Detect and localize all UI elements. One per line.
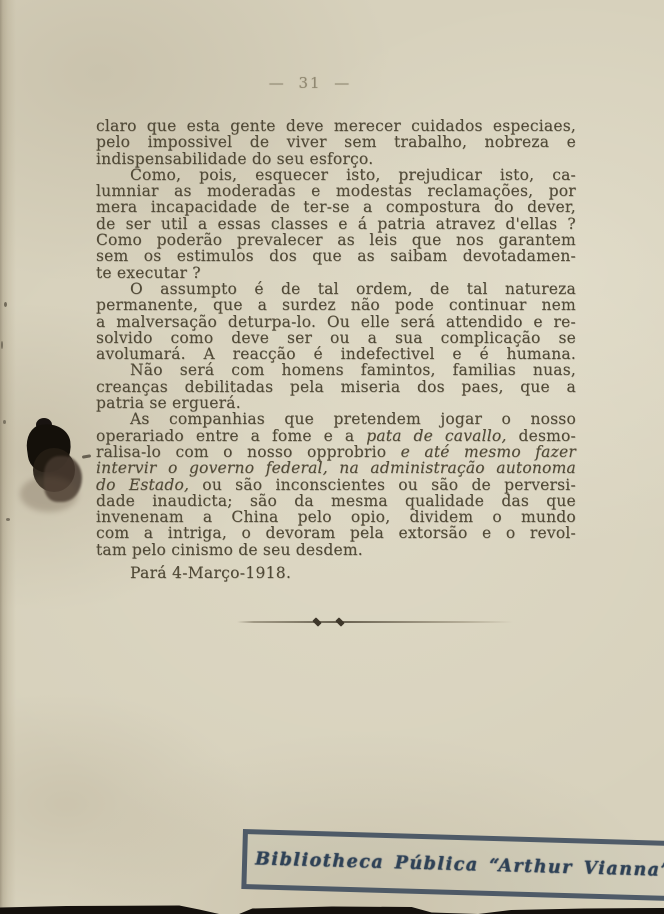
word: com (96, 525, 129, 541)
word: indefectivel (341, 346, 435, 362)
word: federal, (266, 460, 328, 476)
word: ser (287, 330, 312, 346)
word: pela (290, 379, 324, 395)
word: garantem (498, 232, 576, 248)
word: e (533, 314, 542, 330)
word: será (401, 314, 436, 330)
word: são (250, 493, 277, 509)
word: reclamações, (427, 183, 533, 199)
word: a (363, 199, 372, 215)
word: attendido (446, 314, 523, 330)
text-line: deserutilaessasclasseseápatriaatravezd'e… (96, 216, 576, 232)
word: util (161, 216, 188, 232)
word: fazer (535, 444, 576, 460)
word: de (96, 216, 116, 232)
word: complicação (441, 330, 541, 346)
word: nosso (530, 411, 576, 427)
word: Ou (327, 314, 350, 330)
word: dever, (527, 199, 576, 215)
word: tal (318, 281, 339, 297)
word: que (412, 232, 442, 248)
word: a (368, 330, 377, 346)
ink-blot-part (33, 448, 75, 492)
text-line: ralisa-locomonossoopprobrioeatémesmofaze… (96, 444, 576, 460)
word: a (251, 428, 260, 444)
word: familias (453, 362, 516, 378)
word: não (351, 297, 380, 313)
word: reacção (233, 346, 296, 362)
ink-blot-part (36, 418, 52, 432)
word: nuas, (533, 362, 576, 378)
word: que (520, 379, 550, 395)
text-line: tam pelo cinismo de seu desdem. (96, 542, 576, 558)
word: autonoma (496, 460, 576, 476)
word: d'ellas (505, 216, 557, 232)
word: ser (126, 216, 151, 232)
word: homens (282, 362, 344, 378)
word: dos (417, 379, 445, 395)
word: que (213, 297, 243, 313)
text-run: tam pelo cinismo de seu desdem. (96, 541, 363, 559)
word: operariado (96, 428, 184, 444)
word: pata (366, 428, 401, 444)
text-line: amalversaçãodeturpa-lo.Ouelleseráattendi… (96, 314, 576, 330)
word: moderadas (207, 183, 296, 199)
word: de (414, 428, 434, 444)
text-line: indispensabilidade do seu esforço. (96, 151, 576, 167)
word: dade (96, 493, 135, 509)
word: o (492, 509, 502, 525)
word: claro (96, 118, 137, 134)
word: a (203, 509, 212, 525)
ink-blot-part (44, 456, 82, 502)
word: mera (96, 199, 137, 215)
word: como (171, 330, 214, 346)
word: ou (330, 330, 350, 346)
word: são (235, 477, 262, 493)
word: as (357, 248, 375, 264)
page-number-header: — 31 — (40, 74, 580, 92)
word: opio, (351, 509, 390, 525)
text-line: solvidocomodeveserouasuacomplicaçãose (96, 330, 576, 346)
word: são (431, 477, 458, 493)
word: desmo- (518, 428, 576, 444)
word: de (281, 281, 301, 297)
word: isto, (500, 167, 534, 183)
word: saibam (390, 248, 447, 264)
word: solvido (96, 330, 153, 346)
word: o (168, 460, 178, 476)
word: o (223, 444, 233, 460)
ornamental-divider (237, 621, 513, 623)
word: revol- (530, 525, 576, 541)
word: invenenam (96, 509, 184, 525)
word: cavallo, (445, 428, 507, 444)
word: de (471, 477, 491, 493)
word: a (345, 428, 354, 444)
word: pois, (199, 167, 237, 183)
word: das (501, 493, 529, 509)
word: continuar (449, 297, 527, 313)
word: ca- (552, 167, 576, 183)
word: tal (467, 281, 488, 297)
text-line: patria se erguerá. (96, 395, 576, 411)
word: de (430, 281, 450, 297)
word: atravez (436, 216, 496, 232)
word: pode (395, 297, 434, 313)
scanned-book-page: — 31 — claroqueestagentedevemerecercuida… (0, 0, 664, 914)
page-left-edge-shading (0, 0, 16, 914)
word: compostura (386, 199, 481, 215)
word: dividem (409, 509, 473, 525)
word: creanças (96, 379, 168, 395)
text-run: patria se erguerá. (96, 394, 241, 412)
text-line: Como,pois,esqueceristo,prejudicaristo,ca… (96, 167, 576, 183)
text-line: dadeinaudicta;sãodamesmaqualidadedasque (96, 493, 576, 509)
word: assumpto (160, 281, 237, 297)
word: patria (377, 216, 425, 232)
word: dos (269, 248, 297, 264)
text-run: indispensabilidade do seu esforço. (96, 150, 373, 168)
ink-blot-part (24, 421, 74, 475)
word: as (174, 183, 192, 199)
word: as (337, 232, 355, 248)
word: que (147, 118, 177, 134)
text-line: operariadoentreafomeeapatadecavallo,desm… (96, 428, 576, 444)
word: devotadamen- (463, 248, 576, 264)
text-line: permanente,queasurdeznãopodecontinuarnem (96, 297, 576, 313)
word: de (250, 134, 270, 150)
word: natureza (505, 281, 576, 297)
word: os (144, 248, 162, 264)
word: inaudicta; (152, 493, 232, 509)
word: e (324, 428, 333, 444)
word: prevalecer (237, 232, 323, 248)
word: é (254, 281, 263, 297)
word: isto, (346, 167, 380, 183)
word: extorsão (398, 525, 467, 541)
ink-blot-smudge (20, 476, 78, 512)
text-line: Comopoderãoprevalecerasleisquenosgarante… (96, 232, 576, 248)
word: debilitadas (185, 379, 274, 395)
word: do (96, 477, 116, 493)
text-line: avolumará.Areacçãoéindefectiveleéhumana. (96, 346, 576, 362)
word: leis (369, 232, 397, 248)
word: miseria (341, 379, 401, 395)
text-line: claroqueestagentedevemerecercuidadosespe… (96, 118, 576, 134)
word: mesma (331, 493, 388, 509)
word: Como, (130, 167, 181, 183)
word: Estado, (129, 477, 189, 493)
word: viver (287, 134, 327, 150)
word: e (482, 525, 491, 541)
word: opprobrio (307, 444, 386, 460)
word: especiaes, (493, 118, 576, 134)
word: e (338, 216, 347, 232)
word: Não (130, 362, 163, 378)
word: e (567, 134, 576, 150)
word: deve (231, 330, 269, 346)
word: re- (554, 314, 576, 330)
word: elle (361, 314, 390, 330)
word: que (546, 493, 576, 509)
text-line: invenenamaChinapeloopio,dividemomundo (96, 509, 576, 525)
word: e (452, 346, 461, 362)
text-line: semosestimulosdosqueassaibamdevotadamen- (96, 248, 576, 264)
word: merecer (334, 118, 401, 134)
word: administração (370, 460, 484, 476)
word: é (479, 346, 488, 362)
word: pelo (298, 509, 332, 525)
word: por (549, 183, 576, 199)
word: na (339, 460, 359, 476)
word: fome (272, 428, 312, 444)
text-line: Nãoserácomhomensfamintos,familiasnuas, (96, 362, 576, 378)
word: intriga, (168, 525, 227, 541)
word: incapacidade (151, 199, 257, 215)
word: famintos, (361, 362, 436, 378)
word: mundo (521, 509, 576, 525)
word: ralisa-lo (96, 444, 161, 460)
word: pela (350, 525, 384, 541)
word: ordem, (356, 281, 413, 297)
word: deturpa-lo. (228, 314, 316, 330)
word: nem (541, 297, 575, 313)
word: do (494, 199, 514, 215)
word: China (231, 509, 278, 525)
word: sem (96, 248, 128, 264)
word: ou (202, 477, 222, 493)
text-line: creançasdebilitadaspelamiseriadospaes,qu… (96, 379, 576, 395)
word: cuidados (411, 118, 483, 134)
word: permanente, (96, 297, 198, 313)
word: A (204, 346, 215, 362)
word: estimulos (177, 248, 254, 264)
word: o (501, 411, 511, 427)
word: qualidade (405, 493, 484, 509)
word: poderão (157, 232, 223, 248)
text-line: te executar ? (96, 265, 576, 281)
word: pretendem (333, 411, 420, 427)
word: Como (96, 232, 142, 248)
word: sem (344, 134, 376, 150)
text-line: doEstado,ousãoinconscientesousãodeperver… (96, 477, 576, 493)
text-line: intervirogovernofederal,naadministraçãoa… (96, 460, 576, 476)
word: da (294, 493, 314, 509)
word: a (258, 297, 267, 313)
word: a (96, 314, 105, 330)
library-stamp-text: Bibliotheca Pública “Arthur Vianna” (255, 849, 664, 881)
margin-speck (6, 518, 10, 521)
word: até (424, 444, 449, 460)
word: o (241, 525, 251, 541)
margin-speck (3, 420, 6, 424)
text-line: meraincapacidadedeter-seacomposturadodev… (96, 199, 576, 215)
word: perversi- (504, 477, 576, 493)
word: nosso (247, 444, 293, 460)
margin-speck (4, 302, 7, 307)
word: nos (456, 232, 484, 248)
word: esta (187, 118, 220, 134)
library-stamp: Bibliotheca Pública “Arthur Vianna” (241, 829, 664, 903)
word: ou (398, 477, 418, 493)
word: surdez (282, 297, 336, 313)
word: o (506, 525, 516, 541)
word: As (130, 411, 150, 427)
word: devoram (265, 525, 335, 541)
word: O (130, 281, 143, 297)
scan-bottom-edge (0, 904, 664, 914)
word: com (231, 362, 264, 378)
word: que (312, 248, 342, 264)
word: que (284, 411, 314, 427)
margin-pen-mark (82, 454, 91, 459)
word: humana. (507, 346, 576, 362)
word: a (144, 525, 153, 541)
word: com (175, 444, 208, 460)
word: á (358, 216, 367, 232)
text-line: comaintriga,odevorampelaextorsãoeorevol- (96, 525, 576, 541)
word: trabalho, (394, 134, 467, 150)
word: nobreza (485, 134, 550, 150)
word: classes (271, 216, 328, 232)
word: ter-se (303, 199, 349, 215)
word: essas (217, 216, 260, 232)
word: é (313, 346, 322, 362)
word: paes, (461, 379, 503, 395)
word: gente (230, 118, 275, 134)
body-text: claroqueestagentedevemerecercuidadosespe… (96, 118, 576, 558)
word: e (401, 444, 410, 460)
word: a (198, 216, 207, 232)
text-line: Oassumptoédetalordem,detalnatureza (96, 281, 576, 297)
word: a (567, 379, 576, 395)
margin-speck (1, 341, 3, 349)
word: impossivel (148, 134, 233, 150)
text-run: te executar ? (96, 264, 201, 282)
word: lumniar (96, 183, 159, 199)
word: deve (286, 118, 324, 134)
word: intervir (96, 460, 156, 476)
dateline: Pará 4-Março-1918. (130, 564, 291, 582)
word: companhias (169, 411, 265, 427)
word: ? (567, 216, 576, 232)
word: inconscientes (275, 477, 385, 493)
word: sua (395, 330, 423, 346)
word: governo (189, 460, 254, 476)
word: entre (196, 428, 239, 444)
word: será (180, 362, 215, 378)
text-line: peloimpossiveldeviversemtrabalho,nobreza… (96, 134, 576, 150)
word: avolumará. (96, 346, 186, 362)
word: malversação (116, 314, 217, 330)
word: mesmo (464, 444, 521, 460)
word: de (270, 199, 290, 215)
word: se (558, 330, 576, 346)
word: modestas (336, 183, 412, 199)
text-line: Ascompanhiasquepretendemjogaronosso (96, 411, 576, 427)
word: prejudicar (398, 167, 482, 183)
word: pelo (96, 134, 130, 150)
word: jogar (440, 411, 482, 427)
text-line: lumniarasmoderadasemodestasreclamações,p… (96, 183, 576, 199)
word: esquecer (255, 167, 328, 183)
word: e (311, 183, 320, 199)
